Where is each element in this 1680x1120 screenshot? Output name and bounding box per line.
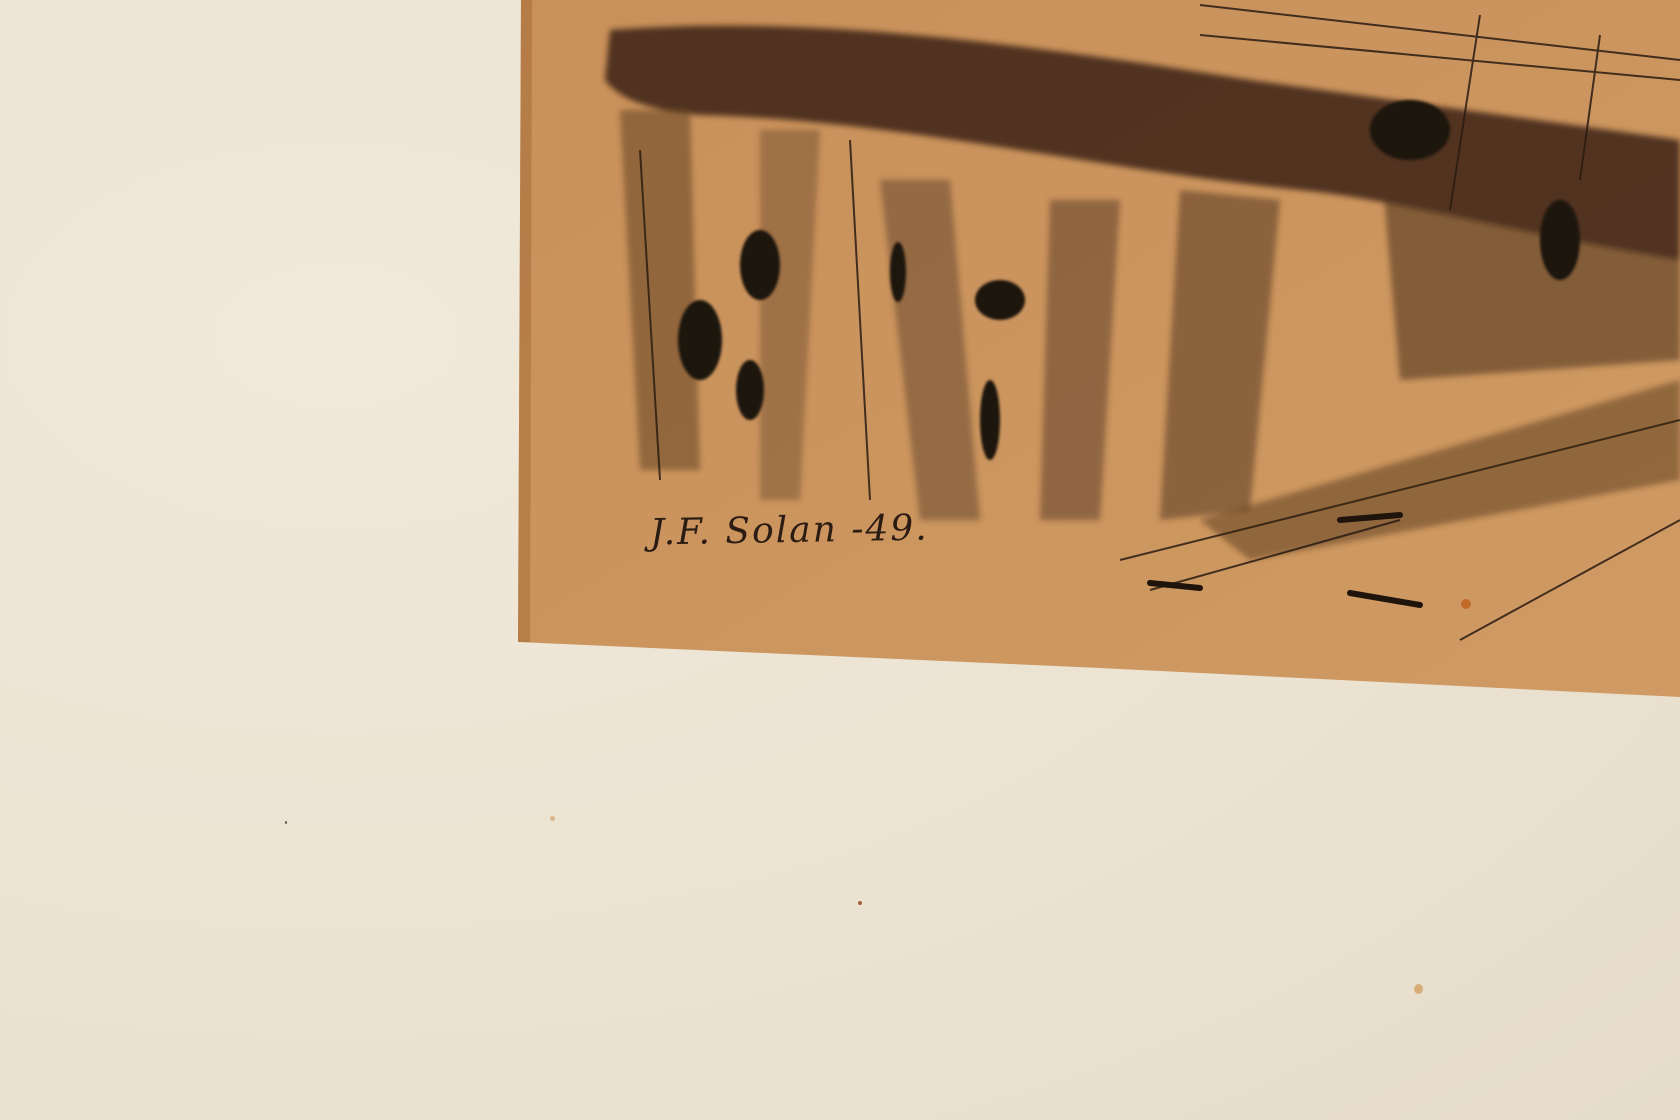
mat-speck: [858, 901, 862, 905]
mat-speck: [285, 821, 287, 824]
ink-drawing: J.F. Solan -49.: [0, 0, 1680, 700]
mat-speck: [1414, 984, 1423, 994]
artist-signature: J.F. Solan -49.: [650, 508, 929, 554]
drawing-canvas: [0, 0, 1680, 700]
mat-speck: [550, 816, 555, 821]
